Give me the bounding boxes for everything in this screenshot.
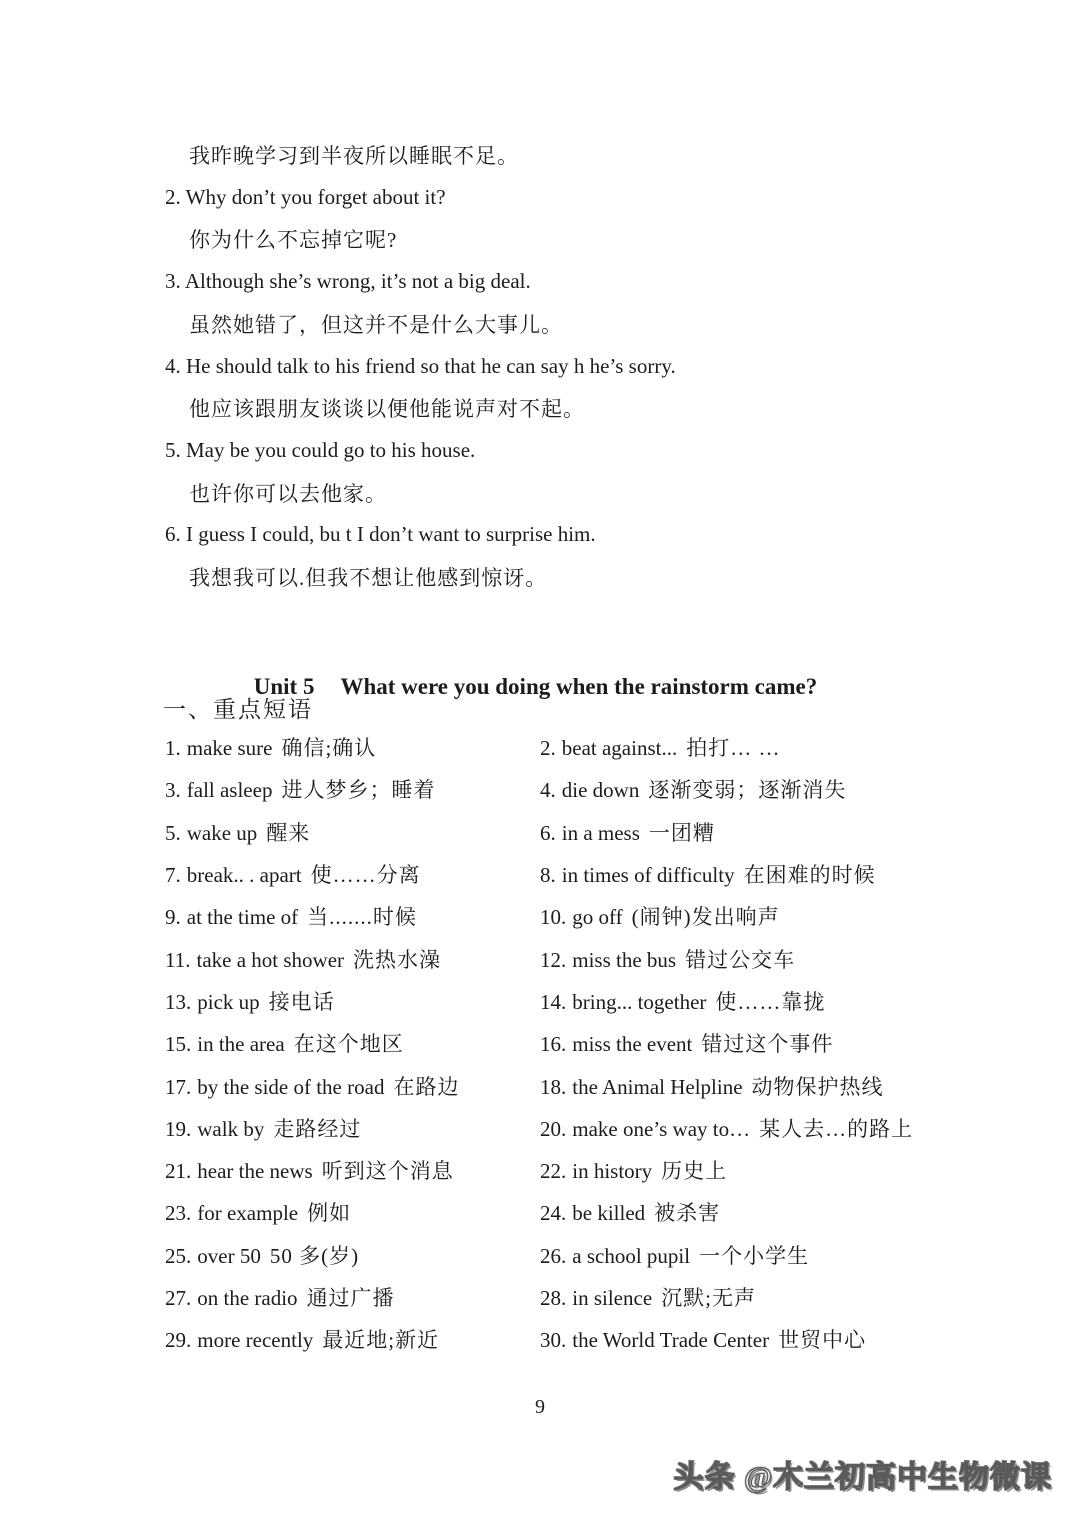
phrase-item: 9.at the time of当.......时候 bbox=[165, 901, 540, 931]
phrase-number: 14. bbox=[540, 990, 566, 1014]
phrase-english: be killed bbox=[572, 1201, 645, 1225]
phrase-item: 11.take a hot shower洗热水澡 bbox=[165, 944, 540, 974]
phrase-chinese: 例如 bbox=[307, 1201, 351, 1225]
unit-heading: Unit 5What were you doing when the rains… bbox=[0, 648, 1080, 726]
phrase-english: make sure bbox=[187, 736, 273, 760]
sentence-line: 2. Why don’t you forget about it? bbox=[165, 176, 1045, 218]
phrase-english: die down bbox=[562, 778, 640, 802]
phrase-number: 3. bbox=[165, 778, 181, 802]
sentence-line: 6. I guess I could, bu t I don’t want to… bbox=[165, 514, 1045, 556]
phrase-chinese: 听到这个消息 bbox=[322, 1159, 454, 1183]
phrase-english: by the side of the road bbox=[197, 1075, 384, 1099]
phrase-english: in a mess bbox=[562, 821, 640, 845]
phrase-english: a school pupil bbox=[572, 1244, 690, 1268]
phrase-number: 17. bbox=[165, 1075, 191, 1099]
phrase-item: 23.for example例如 bbox=[165, 1197, 540, 1227]
document-page: 我昨晚学习到半夜所以睡眠不足。 2. Why don’t you forget … bbox=[0, 0, 1080, 1528]
phrase-english: over 50 bbox=[197, 1244, 261, 1268]
page-number: 9 bbox=[0, 1396, 1080, 1419]
phrase-chinese: 在路边 bbox=[393, 1075, 459, 1099]
phrase-item: 3.fall asleep进人梦乡；睡着 bbox=[165, 774, 540, 804]
phrase-english: walk by bbox=[197, 1117, 264, 1141]
phrase-item: 26.a school pupil一个小学生 bbox=[540, 1240, 1045, 1270]
phrase-number: 19. bbox=[165, 1117, 191, 1141]
phrase-item: 27.on the radio通过广播 bbox=[165, 1282, 540, 1312]
phrase-english: more recently bbox=[197, 1328, 313, 1352]
phrase-number: 9. bbox=[165, 905, 181, 929]
phrase-chinese: 洗热水澡 bbox=[353, 948, 441, 972]
phrase-list: 1.make sure确信;确认 2.beat against...拍打… … … bbox=[165, 726, 1045, 1360]
phrase-item: 6.in a mess一团糟 bbox=[540, 817, 1045, 847]
sentence-line: 我想我可以.但我不想让他感到惊讶。 bbox=[165, 556, 1045, 598]
phrase-chinese: 当.......时候 bbox=[307, 905, 417, 929]
phrase-number: 4. bbox=[540, 778, 556, 802]
phrase-chinese: 走路经过 bbox=[273, 1117, 361, 1141]
phrase-item: 28.in silence沉默;无声 bbox=[540, 1282, 1045, 1312]
sentence-line: 我昨晚学习到半夜所以睡眠不足。 bbox=[165, 134, 1045, 176]
phrase-number: 30. bbox=[540, 1328, 566, 1352]
phrase-item: 29.more recently最近地;新近 bbox=[165, 1324, 540, 1354]
phrase-chinese: 历史上 bbox=[661, 1159, 727, 1183]
phrase-item: 21.hear the news听到这个消息 bbox=[165, 1155, 540, 1185]
phrase-english: miss the event bbox=[572, 1032, 692, 1056]
phrase-item: 25.over 5050 多(岁) bbox=[165, 1240, 540, 1270]
phrase-number: 24. bbox=[540, 1201, 566, 1225]
phrase-item: 8.in times of difficulty在困难的时候 bbox=[540, 859, 1045, 889]
phrase-english: wake up bbox=[187, 821, 258, 845]
phrase-chinese: 逐渐变弱；逐渐消失 bbox=[648, 778, 846, 802]
phrase-chinese: 在这个地区 bbox=[294, 1032, 404, 1056]
phrase-english: the World Trade Center bbox=[572, 1328, 769, 1352]
phrase-number: 21. bbox=[165, 1159, 191, 1183]
phrase-number: 20. bbox=[540, 1117, 566, 1141]
phrase-item: 13.pick up接电话 bbox=[165, 986, 540, 1016]
phrase-item: 24.be killed被杀害 bbox=[540, 1197, 1045, 1227]
phrase-english: the Animal Helpline bbox=[572, 1075, 742, 1099]
phrase-number: 26. bbox=[540, 1244, 566, 1268]
phrase-english: go off bbox=[572, 905, 622, 929]
phrase-english: break.. . apart bbox=[187, 863, 302, 887]
phrase-english: on the radio bbox=[197, 1286, 297, 1310]
phrase-chinese: 最近地;新近 bbox=[322, 1328, 439, 1352]
phrase-chinese: 某人去…的路上 bbox=[759, 1117, 913, 1141]
phrase-chinese: 使……靠拢 bbox=[715, 990, 825, 1014]
phrase-chinese: 一团糟 bbox=[649, 821, 715, 845]
phrase-number: 23. bbox=[165, 1201, 191, 1225]
phrase-item: 10.go off(闹钟)发出响声 bbox=[540, 901, 1045, 931]
phrase-number: 25. bbox=[165, 1244, 191, 1268]
phrase-english: in times of difficulty bbox=[562, 863, 735, 887]
phrase-chinese: 沉默;无声 bbox=[661, 1286, 756, 1310]
phrase-number: 6. bbox=[540, 821, 556, 845]
phrase-item: 30.the World Trade Center世贸中心 bbox=[540, 1324, 1045, 1354]
sentence-line: 虽然她错了，但这并不是什么大事儿。 bbox=[165, 303, 1045, 345]
phrase-chinese: 动物保护热线 bbox=[752, 1075, 884, 1099]
phrase-english: fall asleep bbox=[187, 778, 273, 802]
phrase-english: take a hot shower bbox=[196, 948, 344, 972]
phrase-item: 15.in the area在这个地区 bbox=[165, 1028, 540, 1058]
sentence-line: 你为什么不忘掉它呢? bbox=[165, 218, 1045, 260]
phrase-number: 12. bbox=[540, 948, 566, 972]
phrase-number: 2. bbox=[540, 736, 556, 760]
phrase-english: in the area bbox=[197, 1032, 284, 1056]
phrase-item: 2.beat against...拍打… … bbox=[540, 732, 1045, 762]
phrase-number: 18. bbox=[540, 1075, 566, 1099]
phrase-item: 20.make one’s way to…某人去…的路上 bbox=[540, 1113, 1045, 1143]
phrase-number: 27. bbox=[165, 1286, 191, 1310]
unit-title: What were you doing when the rainstorm c… bbox=[340, 674, 817, 699]
phrase-chinese: 醒来 bbox=[266, 821, 310, 845]
phrase-number: 8. bbox=[540, 863, 556, 887]
phrase-chinese: 通过广播 bbox=[307, 1286, 395, 1310]
phrase-item: 14.bring... together使……靠拢 bbox=[540, 986, 1045, 1016]
phrase-item: 17.by the side of the road在路边 bbox=[165, 1071, 540, 1101]
phrase-item: 19.walk by走路经过 bbox=[165, 1113, 540, 1143]
phrase-chinese: 在困难的时候 bbox=[744, 863, 876, 887]
phrase-english: in history bbox=[572, 1159, 652, 1183]
phrase-chinese: 拍打… … bbox=[686, 736, 780, 760]
phrase-chinese: 错过这个事件 bbox=[701, 1032, 833, 1056]
phrase-number: 16. bbox=[540, 1032, 566, 1056]
sentence-line: 4. He should talk to his friend so that … bbox=[165, 345, 1045, 387]
sentence-line: 3. Although she’s wrong, it’s not a big … bbox=[165, 261, 1045, 303]
phrase-english: pick up bbox=[197, 990, 259, 1014]
watermark: 头条 @木兰初高中生物微课 bbox=[674, 1452, 1052, 1496]
phrase-item: 22.in history历史上 bbox=[540, 1155, 1045, 1185]
phrase-chinese: 世贸中心 bbox=[778, 1328, 866, 1352]
phrase-number: 11. bbox=[165, 948, 190, 972]
phrase-english: for example bbox=[197, 1201, 298, 1225]
phrase-number: 10. bbox=[540, 905, 566, 929]
sentence-line: 他应该跟朋友谈谈以便他能说声对不起。 bbox=[165, 387, 1045, 429]
phrase-chinese: 进人梦乡；睡着 bbox=[281, 778, 435, 802]
phrase-chinese: 确信;确认 bbox=[281, 736, 376, 760]
phrase-item: 5.wake up醒来 bbox=[165, 817, 540, 847]
phrase-english: bring... together bbox=[572, 990, 706, 1014]
phrase-chinese: 50 多(岁) bbox=[270, 1244, 359, 1268]
phrase-number: 28. bbox=[540, 1286, 566, 1310]
phrase-number: 7. bbox=[165, 863, 181, 887]
sentence-list: 我昨晚学习到半夜所以睡眠不足。 2. Why don’t you forget … bbox=[165, 134, 1045, 598]
phrase-english: make one’s way to… bbox=[572, 1117, 750, 1141]
phrase-item: 16.miss the event错过这个事件 bbox=[540, 1028, 1045, 1058]
phrase-english: miss the bus bbox=[572, 948, 676, 972]
phrase-english: beat against... bbox=[562, 736, 677, 760]
phrase-chinese: 一个小学生 bbox=[699, 1244, 809, 1268]
section-heading: 一、重点短语 bbox=[163, 691, 313, 724]
phrase-english: at the time of bbox=[187, 905, 298, 929]
phrase-chinese: 错过公交车 bbox=[685, 948, 795, 972]
phrase-number: 5. bbox=[165, 821, 181, 845]
phrase-number: 22. bbox=[540, 1159, 566, 1183]
sentence-line: 5. May be you could go to his house. bbox=[165, 429, 1045, 471]
sentence-line: 也许你可以去他家。 bbox=[165, 472, 1045, 514]
phrase-chinese: 使……分离 bbox=[311, 863, 421, 887]
phrase-item: 18.the Animal Helpline动物保护热线 bbox=[540, 1071, 1045, 1101]
phrase-item: 12.miss the bus错过公交车 bbox=[540, 944, 1045, 974]
phrase-number: 15. bbox=[165, 1032, 191, 1056]
phrase-english: in silence bbox=[572, 1286, 652, 1310]
phrase-item: 1.make sure确信;确认 bbox=[165, 732, 540, 762]
phrase-chinese: 接电话 bbox=[269, 990, 335, 1014]
phrase-number: 13. bbox=[165, 990, 191, 1014]
phrase-number: 29. bbox=[165, 1328, 191, 1352]
phrase-english: hear the news bbox=[197, 1159, 312, 1183]
phrase-item: 4.die down逐渐变弱；逐渐消失 bbox=[540, 774, 1045, 804]
phrase-item: 7.break.. . apart使……分离 bbox=[165, 859, 540, 889]
phrase-chinese: (闹钟)发出响声 bbox=[632, 905, 780, 929]
phrase-number: 1. bbox=[165, 736, 181, 760]
phrase-chinese: 被杀害 bbox=[654, 1201, 720, 1225]
